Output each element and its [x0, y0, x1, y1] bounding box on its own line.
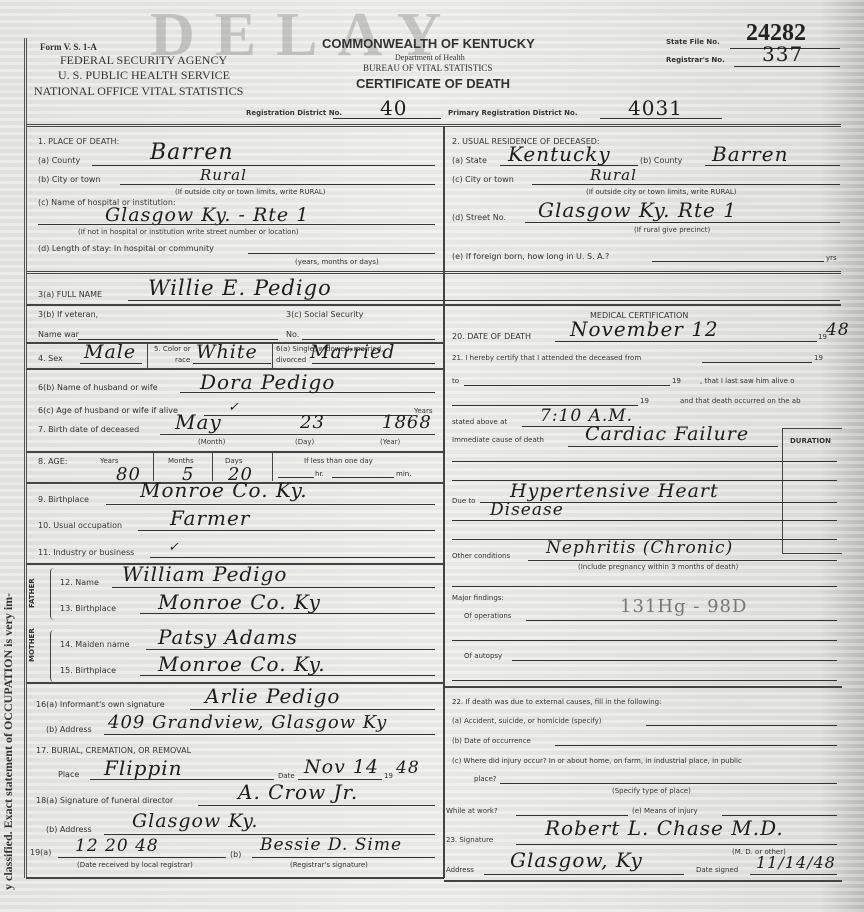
- certifier-signature-label: 23. Signature: [446, 836, 493, 844]
- res-foreign-suffix: yrs: [826, 254, 837, 262]
- registrar-date-label: 19(a): [30, 848, 51, 857]
- industry-label: 11. Industry or business: [38, 548, 134, 557]
- to-year-19: 19: [672, 377, 681, 385]
- industry-value: ✓: [168, 540, 180, 555]
- mother-bracket: [50, 630, 56, 682]
- pod-city-label: (b) City or town: [38, 175, 100, 184]
- hr-label: hr.: [315, 470, 324, 478]
- father-name-label: 12. Name: [60, 578, 99, 587]
- other-conditions-value: Nephritis (Chronic): [546, 538, 733, 558]
- min-label: min.: [396, 470, 411, 478]
- of-autopsy-label: Of autopsy: [464, 652, 502, 660]
- registration-district-number: 40: [380, 96, 407, 120]
- pod-hospital-note: (If not in hospital or institution write…: [78, 228, 299, 236]
- ss-no-label: No.: [286, 330, 299, 339]
- external-causes-heading: 22. If death was due to external causes,…: [452, 698, 661, 706]
- certificate-title: CERTIFICATE OF DEATH: [356, 76, 510, 91]
- mother-maiden-label: 14. Maiden name: [60, 640, 130, 649]
- birthplace-value: Monroe Co. Ky.: [140, 478, 308, 502]
- death-occurred-text: and that death occurred on the ab: [680, 397, 801, 405]
- registrar-number-label: Registrar's No.: [666, 56, 725, 64]
- major-findings-label: Major findings:: [452, 594, 504, 602]
- year-note: (Year): [380, 438, 400, 446]
- color-label: 5. Color or: [154, 345, 191, 353]
- stated-above-label: stated above at: [452, 418, 507, 426]
- less-than-day-label: If less than one day: [304, 457, 373, 465]
- sex-value: Male: [84, 341, 136, 363]
- informant-signature-value: Arlie Pedigo: [205, 684, 340, 708]
- burial-place-value: Flippin: [104, 756, 183, 780]
- spouse-age-value: ✓: [228, 400, 240, 415]
- department-name: Department of Health: [395, 53, 465, 62]
- father-bracket: [50, 568, 56, 620]
- accident-label: (a) Accident, suicide, or homicide (spec…: [452, 717, 601, 725]
- side-instruction-text: y classified. Exact statement of OCCUPAT…: [2, 40, 24, 890]
- state-name: COMMONWEALTH OF KENTUCKY: [322, 36, 535, 51]
- attended-text: 21. I hereby certify that I attended the…: [452, 354, 641, 362]
- burial-date-label: Date: [278, 772, 295, 780]
- pod-city-note: (If outside city or town limits, write R…: [175, 188, 326, 196]
- immediate-cause-label: Immediate cause of death: [452, 436, 544, 444]
- operations-value: 131Hg - 98D: [620, 596, 747, 617]
- date-signed-value: 11/14/48: [756, 853, 836, 872]
- burial-date-value: Nov 14: [304, 756, 379, 778]
- injury-place-label: place?: [474, 775, 497, 783]
- informant-address-label: (b) Address: [46, 725, 92, 734]
- spouse-age-label: 6(c) Age of husband or wife if alive: [38, 406, 178, 415]
- full-name-label: 3(a) FULL NAME: [38, 290, 102, 299]
- pod-stay-note: (years, months or days): [295, 258, 379, 266]
- marital-value: Married: [310, 341, 395, 363]
- res-county-label: (b) County: [640, 156, 682, 165]
- father-group-label: FATHER: [28, 578, 36, 608]
- due-to-value-2: Disease: [490, 500, 564, 520]
- birth-month-value: May: [175, 410, 222, 434]
- form-number: Form V. S. 1-A: [40, 42, 97, 52]
- pod-county-label: (a) County: [38, 156, 80, 165]
- res-foreign-label: (e) If foreign born, how long in U. S. A…: [452, 252, 609, 261]
- mother-birthplace-value: Monroe Co. Ky.: [158, 652, 326, 676]
- age-label: 8. AGE:: [38, 457, 67, 466]
- divorced-label: divorced: [276, 356, 306, 364]
- death-year-value: 48: [826, 320, 850, 340]
- to-label: to: [452, 377, 459, 385]
- place-type-note: (Specify type of place): [612, 787, 691, 795]
- funeral-director-value: A. Crow Jr.: [238, 780, 358, 804]
- mother-birthplace-label: 15. Birthplace: [60, 666, 116, 675]
- res-street-label: (d) Street No.: [452, 213, 506, 222]
- war-label: Name war: [38, 330, 79, 339]
- res-street-note: (If rural give precinct): [634, 226, 710, 234]
- duration-label: DURATION: [790, 437, 831, 445]
- registrar-signature-value: Bessie D. Sime: [260, 835, 402, 855]
- attended-year-19: 19: [814, 354, 823, 362]
- pod-hospital-value: Glasgow Ky. - Rte 1: [105, 204, 309, 226]
- other-conditions-label: Other conditions: [452, 552, 510, 560]
- funeral-address-value: Glasgow Ky.: [132, 810, 258, 832]
- burial-year-prefix: 19: [384, 772, 393, 780]
- immediate-cause-value: Cardiac Failure: [585, 423, 749, 445]
- due-to-value-1: Hypertensive Heart: [510, 480, 719, 502]
- res-city-value: Rural: [590, 166, 637, 184]
- certifier-address-label: Address: [446, 866, 474, 874]
- informant-address-value: 409 Grandview, Glasgow Ky: [108, 712, 387, 733]
- registrar-signature-label: (b): [230, 850, 241, 859]
- spouse-label: 6(b) Name of husband or wife: [38, 383, 158, 392]
- father-name-value: William Pedigo: [122, 562, 287, 586]
- registrar-signature-note: (Registrar's signature): [290, 861, 368, 869]
- death-certificate-scan: DELAY y classified. Exact statement of O…: [0, 0, 864, 912]
- place-of-death-heading: 1. PLACE OF DEATH:: [38, 137, 119, 146]
- duration-box: [782, 428, 842, 554]
- agency-name: FEDERAL SECURITY AGENCY: [60, 53, 227, 68]
- mother-maiden-value: Patsy Adams: [158, 625, 298, 649]
- birthplace-label: 9. Birthplace: [38, 495, 89, 504]
- res-state-value: Kentucky: [508, 142, 611, 166]
- occupation-label: 10. Usual occupation: [38, 521, 122, 530]
- pod-city-value: Rural: [200, 166, 247, 184]
- res-state-label: (a) State: [452, 156, 487, 165]
- mother-group-label: MOTHER: [28, 628, 36, 662]
- due-to-label: Due to: [452, 497, 475, 505]
- date-signed-label: Date signed: [696, 866, 738, 874]
- registrar-number: 337: [762, 42, 803, 66]
- sex-label: 4. Sex: [38, 354, 63, 363]
- service-name: U. S. PUBLIC HEALTH SERVICE: [58, 68, 230, 83]
- month-note: (Month): [198, 438, 225, 446]
- means-of-injury-label: (e) Means of injury: [632, 807, 698, 815]
- veteran-label: 3(b) If veteran,: [38, 310, 98, 319]
- day-note: (Day): [295, 438, 314, 446]
- res-street-value: Glasgow Ky. Rte 1: [538, 198, 737, 222]
- birth-date-label: 7. Birth date of deceased: [38, 425, 139, 434]
- funeral-address-label: (b) Address: [46, 825, 92, 834]
- state-file-label: State File No.: [666, 38, 720, 46]
- certifier-signature-value: Robert L. Chase M.D.: [545, 816, 784, 840]
- race-label: race: [175, 356, 190, 364]
- pod-stay-label: (d) Length of stay: In hospital or commu…: [38, 244, 214, 253]
- res-county-value: Barren: [712, 142, 788, 166]
- full-name-value: Willie E. Pedigo: [148, 276, 332, 300]
- of-operations-label: Of operations: [464, 612, 511, 620]
- death-date-label: 20. DATE OF DEATH: [452, 332, 531, 341]
- father-birthplace-label: 13. Birthplace: [60, 604, 116, 613]
- primary-district-label: Primary Registration District No.: [448, 109, 578, 117]
- color-value: White: [196, 341, 258, 363]
- bureau-name: BUREAU OF VITAL STATISTICS: [363, 63, 492, 73]
- father-birthplace-value: Monroe Co. Ky: [158, 590, 321, 614]
- spouse-value: Dora Pedigo: [200, 370, 335, 394]
- while-at-work-label: While at work?: [446, 807, 498, 815]
- burial-year-value: 48: [396, 758, 420, 778]
- primary-district-number: 4031: [628, 96, 683, 120]
- burial-heading: 17. BURIAL, CREMATION, OR REMOVAL: [36, 746, 191, 755]
- registrar-date-value: 12 20 48: [75, 836, 159, 856]
- res-city-label: (c) City or town: [452, 175, 514, 184]
- birth-day-value: 23: [300, 412, 325, 433]
- birth-year-value: 1868: [382, 412, 432, 433]
- death-date-value: November 12: [570, 317, 719, 341]
- funeral-director-label: 18(a) Signature of funeral director: [36, 796, 173, 805]
- registrar-date-note: (Date received by local registrar): [77, 861, 193, 869]
- informant-signature-label: 16(a) Informant's own signature: [36, 700, 165, 709]
- injury-location-label: (c) Where did injury occur? In or about …: [452, 757, 742, 765]
- burial-place-label: Place: [58, 770, 79, 779]
- office-name: NATIONAL OFFICE VITAL STATISTICS: [34, 84, 243, 99]
- res-city-note: (If outside city or town limits, write R…: [586, 188, 737, 196]
- occurred-year-19: 19: [640, 397, 649, 405]
- side-note-line: y classified. Exact statement of OCCUPAT…: [1, 593, 15, 890]
- registration-district-label: Registration District No.: [246, 109, 342, 117]
- last-saw-text: , that I last saw him alive o: [700, 377, 794, 385]
- pod-county-value: Barren: [150, 140, 234, 165]
- social-security-label: 3(c) Social Security: [286, 310, 363, 319]
- other-conditions-note: (Include pregnancy within 3 months of de…: [578, 563, 738, 571]
- occupation-value: Farmer: [170, 506, 250, 530]
- certifier-address-value: Glasgow, Ky: [510, 848, 643, 872]
- occurrence-date-label: (b) Date of occurrence: [452, 737, 531, 745]
